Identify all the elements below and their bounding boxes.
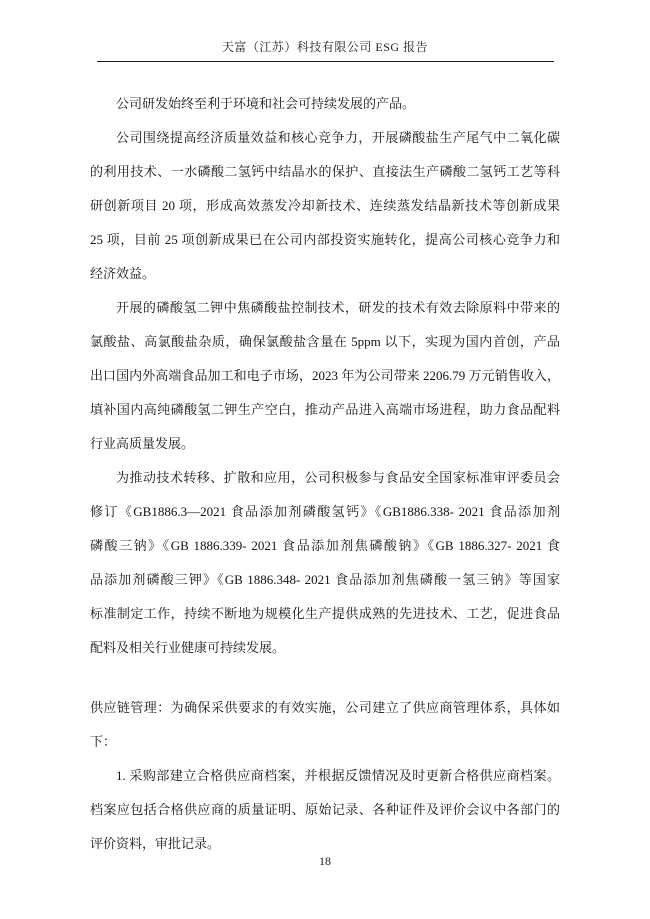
paragraph-national-standards: 为推动技术转移、扩散和应用，公司积极参与食品安全国家标准审评委员会 修订《GB1…	[90, 461, 560, 665]
text-line: 配料及相关行业健康可持续发展。	[90, 631, 560, 665]
text-line: 经济效益。	[90, 257, 560, 291]
text-line: 标准制定工作，持续不断地为规模化生产提供成熟的先进技术、工艺，促进食品	[90, 597, 560, 631]
page-number: 18	[319, 854, 331, 868]
text-line: 磷酸三钠》《GB 1886.339- 2021 食品添加剂焦磷酸钠》《GB 18…	[90, 529, 560, 563]
paragraph-supply-chain-intro: 供应链管理：为确保采供要求的有效实施，公司建立了供应商管理体系，具体如 下：	[90, 691, 560, 759]
paragraph-rd-intro: 公司研发始终至利于环境和社会可持续发展的产品。	[90, 87, 560, 121]
paragraph-supplier-archive: 1. 采购部建立合格供应商档案，并根据反馈情况及时更新合格供应商档案。 档案应包…	[90, 759, 560, 861]
text-line: 公司围绕提高经济质量效益和核心竞争力，开展磷酸盐生产尾气中二氧化碳	[90, 121, 560, 155]
text-line: 开展的磷酸氢二钾中焦磷酸盐控制技术，研发的技术有效去除原料中带来的	[90, 291, 560, 325]
paragraph-innovation-projects: 公司围绕提高经济质量效益和核心竞争力，开展磷酸盐生产尾气中二氧化碳 的利用技术、…	[90, 121, 560, 291]
text-line: 填补国内高纯磷酸氢二钾生产空白，推动产品进入高端市场进程，助力食品配料	[90, 393, 560, 427]
text-line: 研创新项目 20 项，形成高效蒸发冷却新技术、连续蒸发结晶新技术等创新成果	[90, 189, 560, 223]
text-line: 出口国内外高端食品加工和电子市场，2023 年为公司带来 2206.79 万元销…	[90, 359, 560, 393]
header-rule	[97, 61, 554, 62]
text-line: 档案应包括合格供应商的质量证明、原始记录、各种证件及评价会议中各部门的	[90, 793, 560, 827]
text-line: 品添加剂磷酸三钾》《GB 1886.348- 2021 食品添加剂焦磷酸一氢三钠…	[90, 563, 560, 597]
document-page: 天富（江苏）科技有限公司 ESG 报告 公司研发始终至利于环境和社会可持续发展的…	[0, 0, 650, 919]
text-line: 供应链管理：为确保采供要求的有效实施，公司建立了供应商管理体系，具体如	[90, 691, 560, 725]
document-body: 公司研发始终至利于环境和社会可持续发展的产品。 公司围绕提高经济质量效益和核心竞…	[90, 87, 560, 861]
page-footer: 18	[0, 854, 650, 869]
text-line: 行业高质量发展。	[90, 427, 560, 461]
header-title: 天富（江苏）科技有限公司 ESG 报告	[0, 40, 650, 55]
text-line: 25 项，目前 25 项创新成果已在公司内部投资实施转化，提高公司核心竞争力和	[90, 223, 560, 257]
text-line: 氯酸盐、高氯酸盐杂质，确保氯酸盐含量在 5ppm 以下，实现为国内首创，产品	[90, 325, 560, 359]
text-line: 修订《GB1886.3—2021 食品添加剂磷酸氢钙》《GB1886.338- …	[90, 495, 560, 529]
page-header: 天富（江苏）科技有限公司 ESG 报告	[0, 0, 650, 62]
text-line: 的利用技术、一水磷酸二氢钙中结晶水的保护、直接法生产磷酸二氢钙工艺等科	[90, 155, 560, 189]
text-line: 公司研发始终至利于环境和社会可持续发展的产品。	[90, 87, 560, 121]
text-line: 为推动技术转移、扩散和应用，公司积极参与食品安全国家标准审评委员会	[90, 461, 560, 495]
paragraph-phosphate-control: 开展的磷酸氢二钾中焦磷酸盐控制技术，研发的技术有效去除原料中带来的 氯酸盐、高氯…	[90, 291, 560, 461]
text-line: 下：	[90, 725, 560, 759]
text-line: 1. 采购部建立合格供应商档案，并根据反馈情况及时更新合格供应商档案。	[90, 759, 560, 793]
paragraph-spacer	[90, 665, 560, 691]
